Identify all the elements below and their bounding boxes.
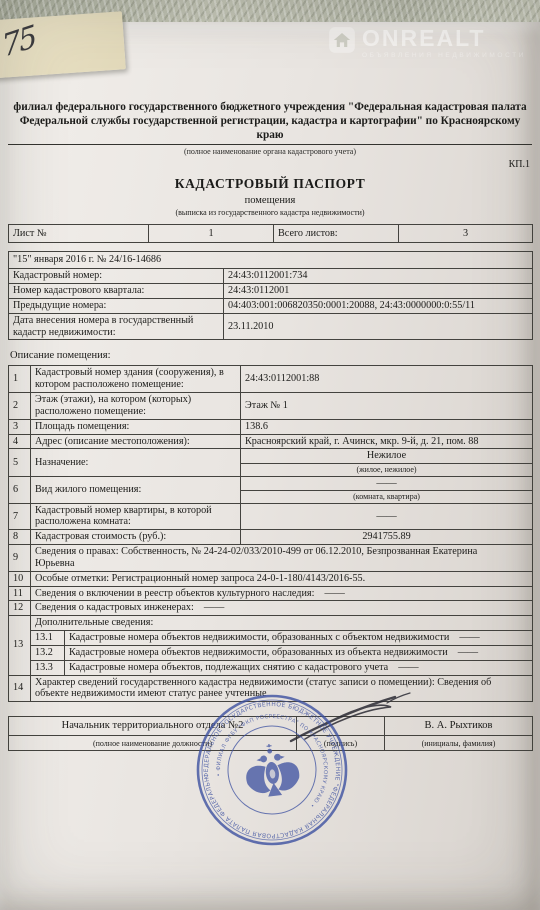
cadastral-number-value: 24:43:0112001:734 [224, 269, 533, 284]
table-row: 4 Адрес (описание местоположения): Красн… [9, 434, 533, 449]
house-icon [328, 26, 356, 54]
table-row: 11 Сведения о включении в реестр объекто… [9, 586, 533, 601]
address-label: Адрес (описание местоположения): [31, 434, 241, 449]
formed-from-objects: Кадастровые номера объектов недвижимости… [65, 645, 533, 660]
table-row: 8 Кадастровая стоимость (руб.): 2941755.… [9, 530, 533, 545]
org-line2: Федеральной службы государственной регис… [8, 114, 532, 142]
sheet-table: Лист № 1 Всего листов: 3 [8, 224, 533, 243]
table-row: 6 Вид жилого помещения: —— (комната, ква… [9, 476, 533, 503]
sheet-label: Лист № [9, 225, 149, 243]
dwelling-type-label: Вид жилого помещения: [31, 476, 241, 503]
address-value: Красноярский край, г. Ачинск, мкр. 9-й, … [241, 434, 533, 449]
table-row: 13 Дополнительные сведения: [9, 616, 533, 631]
entry-date-label: Дата внесения номера в государственный к… [9, 313, 224, 340]
previous-numbers-value: 04:403:001:006820350:0001:20088, 24:43:0… [224, 298, 533, 313]
org-caption: (полное наименование органа кадастрового… [8, 147, 532, 156]
section-title: Описание помещения: [10, 350, 532, 361]
rights-info: Сведения о правах: Собственность, № 24-2… [31, 545, 533, 572]
document-content: филиал федерального государственного бюд… [0, 22, 540, 751]
formed-with-objects: Кадастровые номера объектов недвижимости… [65, 631, 533, 646]
sheet-total-value: 3 [399, 225, 533, 243]
purpose-value: Нежилое [241, 449, 532, 464]
document-subtitle: помещения [8, 195, 532, 206]
quarter-number-value: 24:43:0112001 [224, 284, 533, 299]
engineers-info: Сведения о кадастровых инженерах:—— [31, 601, 533, 616]
building-number-label: Кадастровый номер здания (сооружения), в… [31, 366, 241, 393]
dwelling-type-caption: (комната, квартира) [241, 491, 532, 502]
additional-info-header: Дополнительные сведения: [31, 616, 533, 631]
entry-date-value: 23.11.2010 [224, 313, 533, 340]
signatory-name: В. А. Рыхтиков [385, 717, 533, 736]
cadastral-value-label: Кадастровая стоимость (руб.): [31, 530, 241, 545]
flat-number-label: Кадастровый номер квартиры, в которой ра… [31, 503, 241, 530]
table-row: 1 Кадастровый номер здания (сооружения),… [9, 366, 533, 393]
photo-scene: филиал федерального государственного бюд… [0, 0, 540, 910]
special-notes: Особые отметки: Регистрационный номер за… [31, 571, 533, 586]
description-table: 1 Кадастровый номер здания (сооружения),… [8, 365, 533, 702]
previous-numbers-label: Предыдущие номера: [9, 298, 224, 313]
table-row: 7 Кадастровый номер квартиры, в которой … [9, 503, 533, 530]
registry-date-line: "15" января 2016 г. № 24/16-14686 [9, 252, 533, 269]
area-value: 138.6 [241, 419, 533, 434]
form-code: КП.1 [8, 159, 530, 170]
table-row: 10 Особые отметки: Регистрационный номер… [9, 571, 533, 586]
document-subtitle-caption: (выписка из государственного кадастра не… [8, 208, 532, 217]
official-stamp: ФЕДЕРАЛЬНОЕ ГОСУДАРСТВЕННОЕ БЮДЖЕТНОЕ УЧ… [183, 681, 361, 859]
objects-to-remove: Кадастровые номера объектов, подлежащих … [65, 660, 533, 675]
table-row: 13.1 Кадастровые номера объектов недвижи… [9, 631, 533, 646]
table-row: 12 Сведения о кадастровых инженерах:—— [9, 601, 533, 616]
table-row: 5 Назначение: Нежилое (жилое, нежилое) [9, 449, 533, 476]
table-row: 2 Этаж (этажи), на котором (которых) рас… [9, 393, 533, 420]
table-row: 9 Сведения о правах: Собственность, № 24… [9, 545, 533, 572]
floor-value: Этаж № 1 [241, 393, 533, 420]
org-header: филиал федерального государственного бюд… [8, 100, 532, 145]
watermark-subtitle: ОБЪЯВЛЕНИЯ НЕДВИЖИМОСТИ [362, 52, 526, 59]
table-row: 13.3 Кадастровые номера объектов, подлеж… [9, 660, 533, 675]
quarter-number-label: Номер кадастрового квартала: [9, 284, 224, 299]
org-line1: филиал федерального государственного бюд… [8, 100, 532, 114]
sheet-total-label: Всего листов: [274, 225, 399, 243]
sticky-note-number: 75 [0, 19, 37, 65]
purpose-caption: (жилое, нежилое) [241, 464, 532, 475]
cadastral-number-label: Кадастровый номер: [9, 269, 224, 284]
flat-number-value: —— [241, 503, 533, 530]
onrealt-watermark: ONREALT ОБЪЯВЛЕНИЯ НЕДВИЖИМОСТИ [328, 26, 526, 59]
watermark-brand: ONREALT [362, 26, 526, 50]
document-title: КАДАСТРОВЫЙ ПАСПОРТ [8, 176, 532, 192]
table-row: 13.2 Кадастровые номера объектов недвижи… [9, 645, 533, 660]
eagle-emblem [242, 741, 301, 799]
dwelling-type-value: —— [241, 477, 532, 492]
table-row: 3 Площадь помещения: 138.6 [9, 419, 533, 434]
document-paper: филиал федерального государственного бюд… [0, 22, 540, 910]
area-label: Площадь помещения: [31, 419, 241, 434]
purpose-label: Назначение: [31, 449, 241, 476]
heritage-info: Сведения о включении в реестр объектов к… [31, 586, 533, 601]
sheet-value: 1 [149, 225, 274, 243]
floor-label: Этаж (этажи), на котором (которых) распо… [31, 393, 241, 420]
registry-table: "15" января 2016 г. № 24/16-14686 Кадаст… [8, 251, 533, 340]
building-number-value: 24:43:0112001:88 [241, 366, 533, 393]
name-caption: (инициалы, фамилия) [385, 736, 533, 751]
cadastral-value-value: 2941755.89 [241, 530, 533, 545]
sticky-note: 75 [0, 11, 126, 78]
